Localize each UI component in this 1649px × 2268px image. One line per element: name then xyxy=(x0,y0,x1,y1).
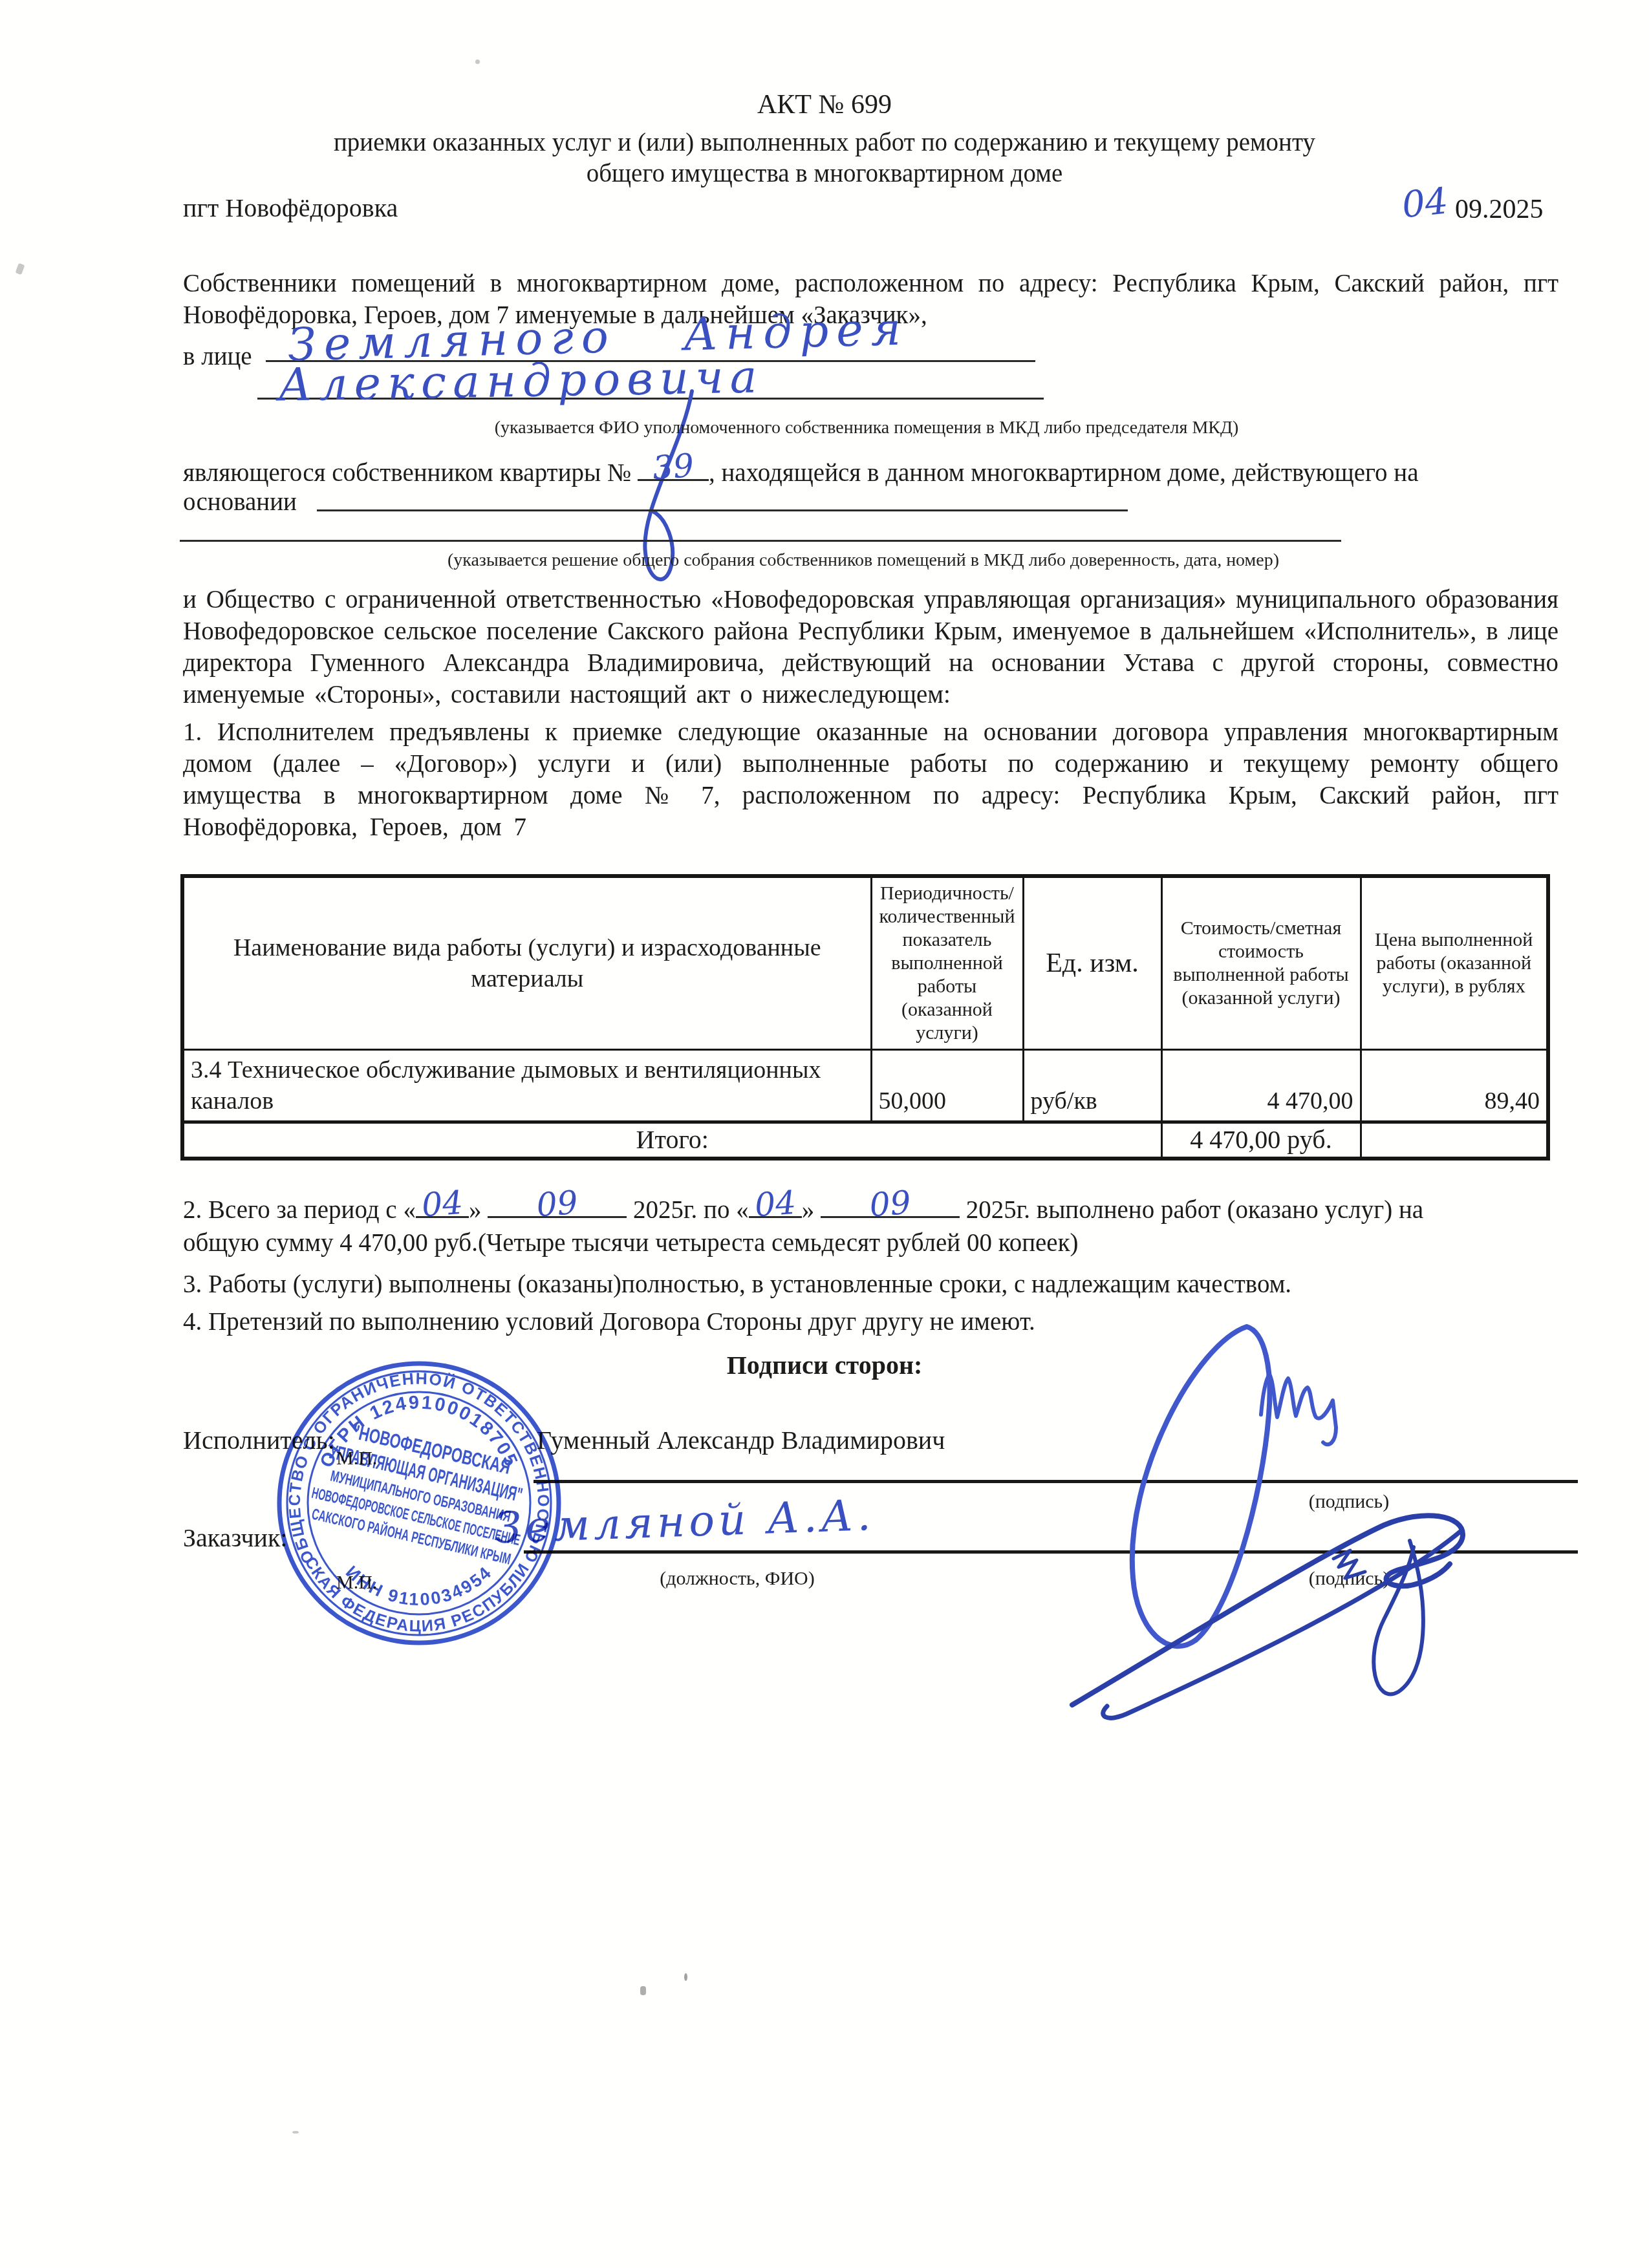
svg-text:ИНН 9110034954: ИНН 9110034954 xyxy=(342,1562,496,1609)
table-data-row: 3.4 Техническое обслуживание дымовых и в… xyxy=(182,1050,1548,1122)
basis-blank-line-2 xyxy=(180,540,1341,542)
scanned-act-document: АКТ № 699 приемки оказанных услуг и (или… xyxy=(0,0,1649,2268)
paragraph-clause1: 1. Исполнителем предъявлены к приемке сл… xyxy=(183,716,1558,843)
handwritten-to-day: 04 xyxy=(748,1186,803,1222)
handwritten-to-day-slot: 04 xyxy=(749,1190,802,1218)
caption-basis: (указывается решение общего собрания соб… xyxy=(401,550,1326,572)
document-place: пгт Новофёдоровка xyxy=(183,193,398,224)
handwritten-flat-number: 39 xyxy=(636,448,709,486)
clause2-post: 2025г. выполнено работ (оказано услуг) н… xyxy=(966,1196,1423,1224)
quote-close-2: » xyxy=(802,1196,815,1224)
signatures-title: Подписи сторон: xyxy=(0,1350,1649,1380)
header-unit: Ед. изм. xyxy=(1023,876,1161,1050)
cell-unit: руб/кв xyxy=(1023,1050,1161,1122)
document-subtitle-line1: приемки оказанных услуг и (или) выполнен… xyxy=(0,127,1649,158)
cell-total-label: Итого: xyxy=(182,1122,1161,1159)
handwritten-from-month: 09 xyxy=(487,1183,628,1225)
clause2-line2: общую сумму 4 470,00 руб.(Четыре тысячи … xyxy=(183,1227,1558,1259)
basis-blank-line xyxy=(317,509,1128,511)
document-title: АКТ № 699 xyxy=(0,89,1649,120)
scan-speck xyxy=(16,263,25,275)
basis-label: основании xyxy=(183,486,297,518)
executor-name: Гуменный Александр Владимирович xyxy=(537,1425,945,1456)
flat-owner-line: являющегося собственником квартиры № 39 … xyxy=(183,453,1558,489)
cell-qty: 50,000 xyxy=(871,1050,1023,1122)
clause2-pre: 2. Всего за период с « xyxy=(183,1196,416,1224)
clause3: 3. Работы (услуги) выполнены (оказаны)по… xyxy=(183,1268,1558,1300)
caption-fio: (указывается ФИО уполномоченного собстве… xyxy=(446,417,1287,439)
header-price: Цена выполненной работы (оказанной услуг… xyxy=(1361,876,1548,1050)
handwritten-date-day: 04 xyxy=(1400,180,1450,226)
customer-dolzhnost-caption: (должность, ФИО) xyxy=(647,1567,828,1590)
v-lice-label: в лице xyxy=(183,341,252,372)
cell-total-value: 4 470,00 руб. xyxy=(1161,1122,1361,1159)
handwritten-from-day-slot: 04 xyxy=(416,1190,469,1218)
services-table: Наименование вида работы (услуги) и изра… xyxy=(180,874,1550,1161)
customer-signature xyxy=(1048,1458,1500,1736)
cell-total-empty xyxy=(1361,1122,1548,1159)
flat-owner-prefix: являющегося собственником квартиры № xyxy=(183,459,631,487)
flat-owner-suffix: , находящейся в данном многоквартирном д… xyxy=(709,459,1418,487)
handwritten-from-day: 04 xyxy=(415,1186,469,1222)
header-cost: Стоимость/сметная стоимость выполненной … xyxy=(1161,876,1361,1050)
clause2-mid: 2025г. по « xyxy=(633,1196,749,1224)
handwritten-from-month-slot: 09 xyxy=(488,1190,627,1218)
header-periodicity: Периодичность/количественный показатель … xyxy=(871,876,1023,1050)
scan-speck xyxy=(640,1986,646,1995)
scan-speck xyxy=(475,59,480,64)
customer-label: Заказчик: xyxy=(183,1523,287,1554)
handwritten-to-month: 09 xyxy=(819,1183,960,1225)
cell-cost: 4 470,00 xyxy=(1161,1050,1361,1122)
handwritten-flat-number-slot: 39 xyxy=(638,453,709,481)
table-header-row: Наименование вида работы (услуги) и изра… xyxy=(182,876,1548,1050)
cell-price: 89,40 xyxy=(1361,1050,1548,1122)
quote-close-1: » xyxy=(469,1196,482,1224)
paragraph-company: и Общество с ограниченной ответственност… xyxy=(183,584,1558,711)
header-name: Наименование вида работы (услуги) и изра… xyxy=(182,876,871,1050)
handwritten-to-month-slot: 09 xyxy=(821,1190,960,1218)
cell-work-name: 3.4 Техническое обслуживание дымовых и в… xyxy=(182,1050,871,1122)
document-date: 09.2025 xyxy=(1455,194,1544,225)
clause2-line1: 2. Всего за период с «04» 09 2025г. по «… xyxy=(183,1190,1606,1226)
table-total-row: Итого: 4 470,00 руб. xyxy=(182,1122,1548,1159)
stamp-inn-text: ИНН 9110034954 xyxy=(342,1562,496,1609)
scan-speck xyxy=(292,2131,299,2134)
company-stamp: ОБЩЕСТВО С ОГРАНИЧЕННОЙ ОТВЕТСТВЕННОСТЬЮ… xyxy=(274,1358,565,1652)
scan-speck xyxy=(684,1973,687,1981)
